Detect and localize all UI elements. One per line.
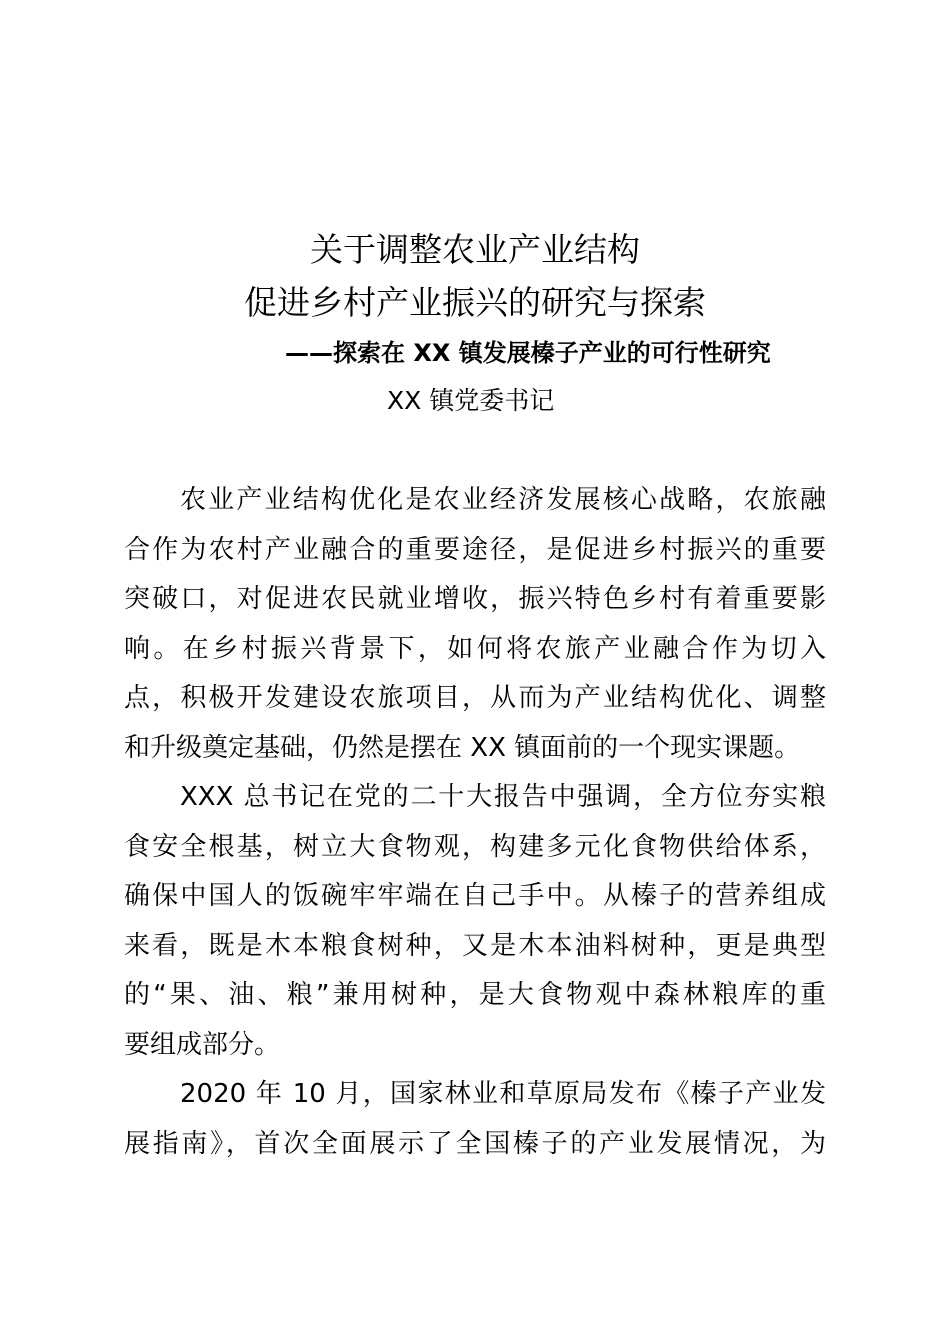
paragraph-line: 确保中国人的饭碗牢牢端在自己手中。从榛子的营养组成 [124, 872, 826, 922]
paragraph-line: 要组成部分。 [124, 1021, 826, 1071]
paragraph-line: 农业产业结构优化是农业经济发展核心战略，农旅融 [124, 476, 826, 526]
author-line: XX 镇党委书记 [387, 384, 554, 418]
document-page: 关于调整农业产业结构 促进乡村产业振兴的研究与探索 ——探索在 XX 镇发展榛子… [0, 0, 950, 1344]
paragraph-line: XXX 总书记在党的二十大报告中强调，全方位夯实粮 [124, 773, 826, 823]
paragraph-line: 和升级奠定基础，仍然是摆在 XX 镇面前的一个现实课题。 [124, 724, 826, 774]
paragraph-line: 突破口，对促进农民就业增收，振兴特色乡村有着重要影 [124, 575, 826, 625]
title-line-2: 促进乡村产业振兴的研究与探索 [0, 283, 950, 323]
paragraph-line: 点，积极开发建设农旅项目，从而为产业结构优化、调整 [124, 674, 826, 724]
paragraph-line: 的“果、油、粮”兼用树种，是大食物观中森林粮库的重 [124, 971, 826, 1021]
paragraph-line: 合作为农村产业融合的重要途径，是促进乡村振兴的重要 [124, 526, 826, 576]
document-body: 农业产业结构优化是农业经济发展核心战略，农旅融 合作为农村产业融合的重要途径，是… [124, 476, 826, 1169]
paragraph-2: XXX 总书记在党的二十大报告中强调，全方位夯实粮 食安全根基，树立大食物观，构… [124, 773, 826, 1070]
subtitle: ——探索在 XX 镇发展榛子产业的可行性研究 [285, 336, 771, 370]
paragraph-line: 食安全根基，树立大食物观，构建多元化食物供给体系， [124, 823, 826, 873]
paragraph-3: 2020 年 10 月，国家林业和草原局发布《榛子产业发 展指南》，首次全面展示… [124, 1070, 826, 1169]
paragraph-1: 农业产业结构优化是农业经济发展核心战略，农旅融 合作为农村产业融合的重要途径，是… [124, 476, 826, 773]
paragraph-line: 来看，既是木本粮食树种，又是木本油料树种，更是典型 [124, 922, 826, 972]
paragraph-line: 展指南》，首次全面展示了全国榛子的产业发展情况，为 [124, 1120, 826, 1170]
paragraph-line: 响。在乡村振兴背景下，如何将农旅产业融合作为切入 [124, 625, 826, 675]
paragraph-line: 2020 年 10 月，国家林业和草原局发布《榛子产业发 [124, 1070, 826, 1120]
title-line-1: 关于调整农业产业结构 [0, 230, 950, 270]
